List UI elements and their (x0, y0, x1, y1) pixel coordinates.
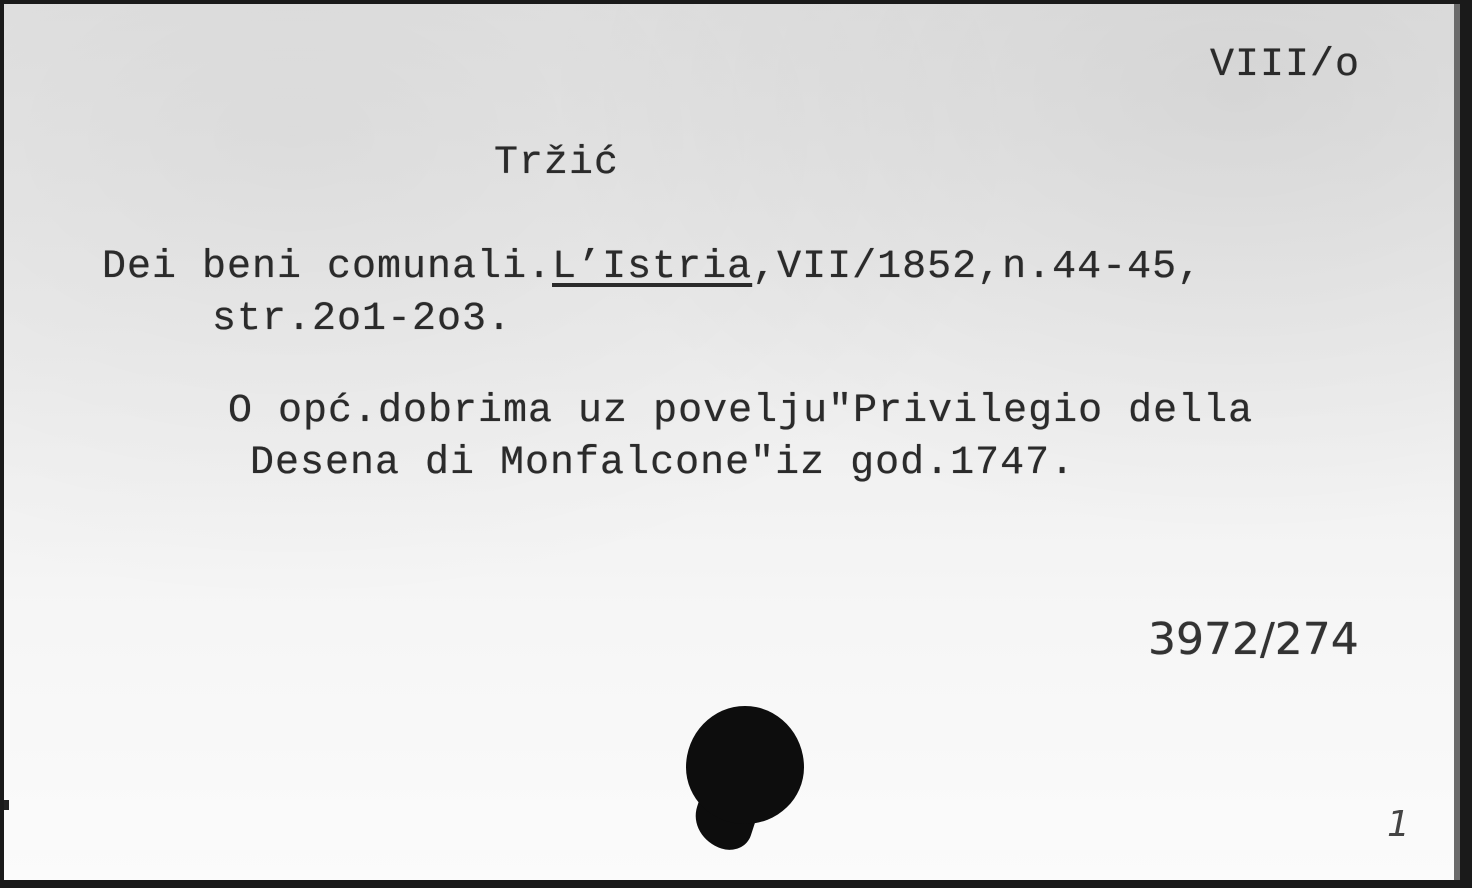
call-number: VIII/o (1210, 42, 1360, 90)
bibliographic-entry: Dei beni comunali.L’Istria,VII/1852,n.44… (102, 244, 1202, 292)
entry-source-journal: L’Istria (552, 245, 752, 290)
handwritten-page-number: 1 (1387, 804, 1410, 845)
entry-pages: str.2o1-2o3. (212, 296, 512, 344)
entry-title: Dei beni comunali. (102, 245, 552, 290)
catalog-card: VIII/o Tržić Dei beni comunali.L’Istria,… (4, 4, 1460, 880)
punch-hole (686, 706, 804, 824)
subject-heading: Tržić (494, 140, 619, 188)
edge-mark (4, 800, 9, 810)
annotation-line-1: O opć.dobrima uz povelju"Privilegio dell… (228, 388, 1253, 436)
accession-number: 3972/274 (1148, 616, 1359, 664)
entry-citation: ,VII/1852,n.44-45, (752, 245, 1202, 290)
annotation-line-2: Desena di Monfalcone"iz god.1747. (250, 440, 1075, 488)
